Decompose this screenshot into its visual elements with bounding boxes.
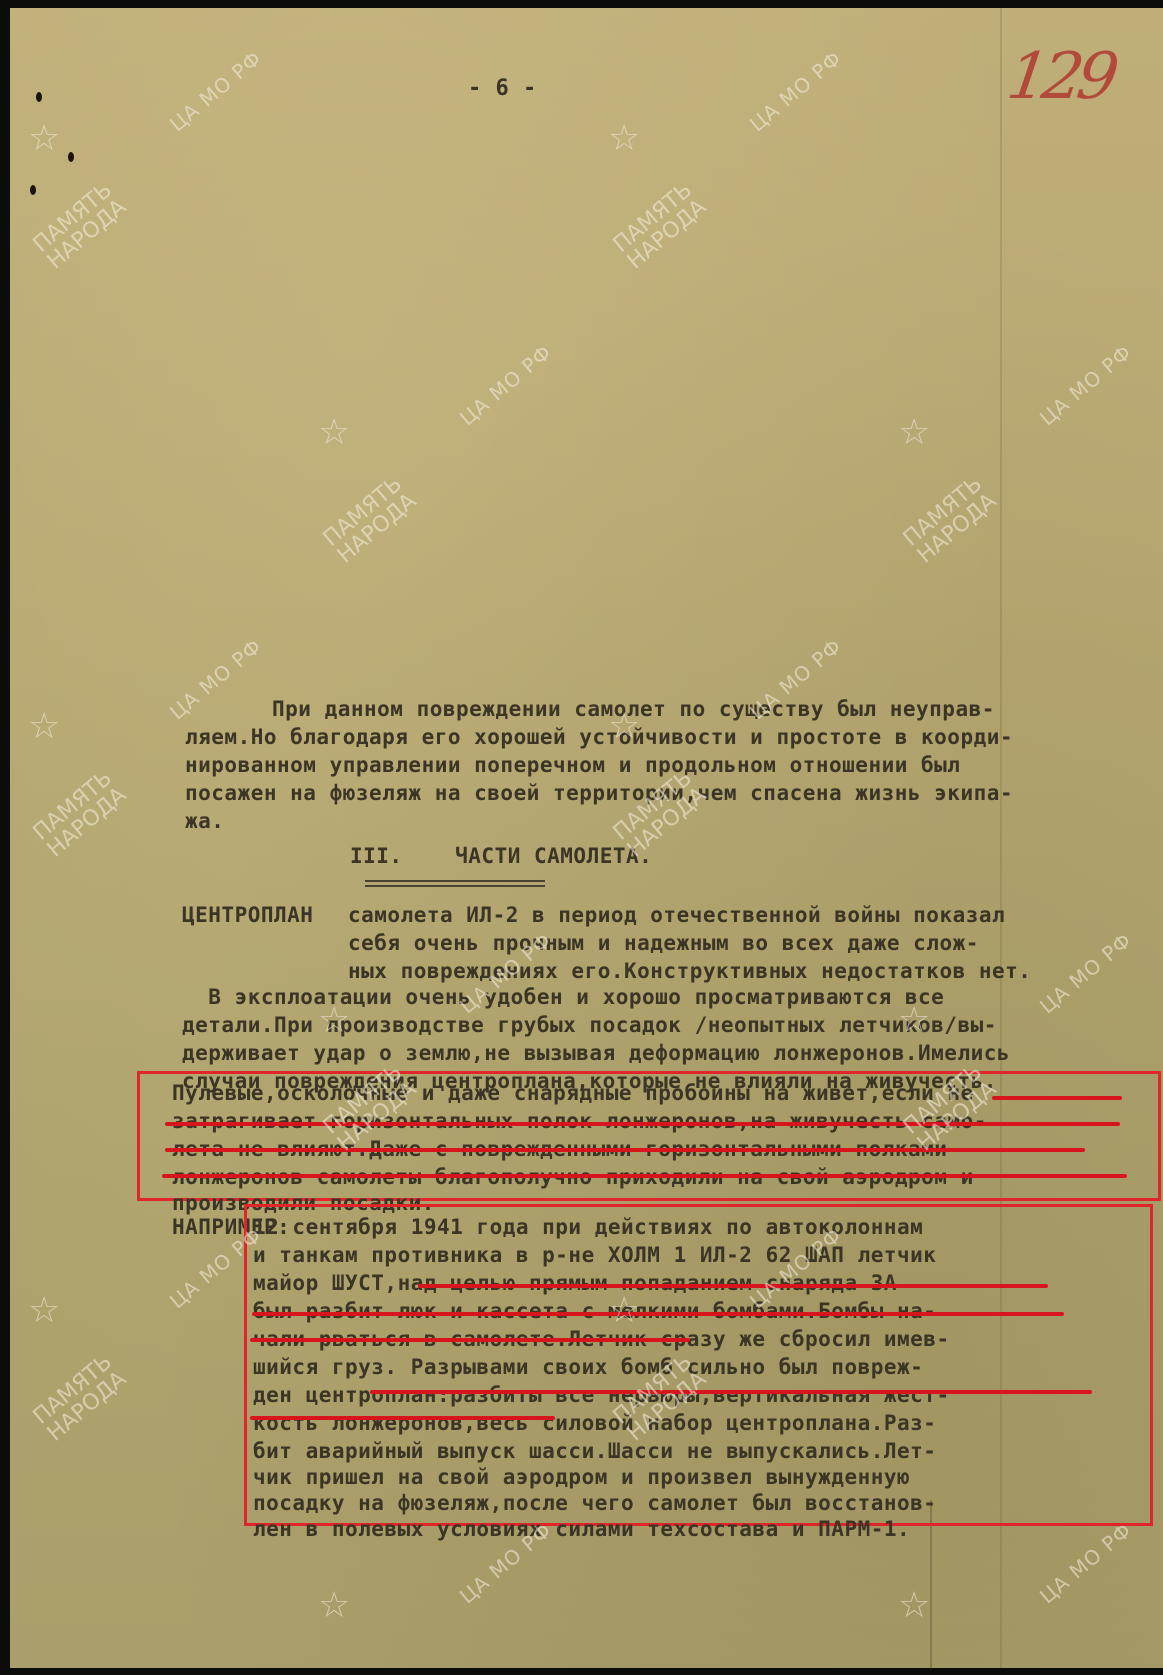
red-underline bbox=[162, 1174, 1127, 1178]
star-icon: ☆ bbox=[28, 706, 60, 747]
text-line: себя очень прочным и надежным во всех да… bbox=[348, 930, 979, 956]
star-icon: ☆ bbox=[318, 1000, 350, 1041]
text-line: чик пришел на свой аэродром и произвел в… bbox=[253, 1464, 910, 1490]
red-underline bbox=[250, 1416, 555, 1420]
text-line: жа. bbox=[185, 808, 224, 834]
archive-folio-number: 129 bbox=[1003, 40, 1118, 114]
text-line: посажен на фюзеляж на своей территории,ч… bbox=[185, 780, 1013, 806]
text-line: посадку на фюзеляж,после чего самолет бы… bbox=[253, 1490, 936, 1516]
section-heading: III. ЧАСТИ САМОЛЕТА. bbox=[350, 844, 652, 868]
red-underline bbox=[165, 1122, 1120, 1126]
red-underline bbox=[370, 1390, 1092, 1394]
heading-underline bbox=[365, 880, 545, 882]
red-underline bbox=[252, 1312, 1064, 1316]
binding-hole bbox=[30, 185, 36, 195]
text-line: Пулевые,осколочные и даже снарядные проб… bbox=[172, 1080, 974, 1106]
text-line: В эксплоатации очень удобен и хорошо про… bbox=[182, 984, 944, 1010]
text-line: лен в полевых условиях силами техсостава… bbox=[253, 1516, 910, 1542]
star-icon: ☆ bbox=[898, 1585, 930, 1626]
red-underline bbox=[250, 1338, 690, 1342]
star-icon: ☆ bbox=[28, 118, 60, 159]
text-line: ляем.Но благодаря его хорошей устойчивос… bbox=[185, 724, 1013, 750]
text-line: нированном управлении поперечном и продо… bbox=[185, 752, 960, 778]
star-icon: ☆ bbox=[318, 1585, 350, 1626]
text-line: затрагивает горизонтальных полок лонжеро… bbox=[172, 1108, 987, 1134]
red-underline bbox=[418, 1284, 1048, 1288]
text-line: держивает удар о землю,не вызывая деформ… bbox=[182, 1040, 1010, 1066]
star-icon: ☆ bbox=[608, 706, 640, 747]
text-line: и танкам противника в р-не ХОЛМ 1 ИЛ-2 6… bbox=[253, 1242, 936, 1268]
text-line: майор ШУСТ,над целью прямым попаданием с… bbox=[253, 1270, 897, 1296]
text-line: был разбит люк и кассета с мелкими бомба… bbox=[253, 1298, 936, 1324]
red-underline bbox=[992, 1096, 1122, 1100]
text-line: самолета ИЛ-2 в период отечественной вой… bbox=[348, 902, 1005, 928]
binding-hole bbox=[68, 152, 74, 162]
centroplan-label: ЦЕНТРОПЛАН bbox=[182, 902, 313, 928]
binding-hole bbox=[36, 92, 42, 102]
star-icon: ☆ bbox=[608, 1290, 640, 1331]
text-line: детали.При производстве грубых посадок /… bbox=[182, 1012, 997, 1038]
text-line: 12 сентября 1941 года при действиях по а… bbox=[253, 1214, 923, 1240]
star-icon: ☆ bbox=[28, 1290, 60, 1331]
text-line: шийся груз. Разрывами своих бомб сильно … bbox=[253, 1354, 923, 1380]
text-line: кость лонжеронов,весь силовой набор цент… bbox=[253, 1410, 936, 1436]
star-icon: ☆ bbox=[898, 1000, 930, 1041]
red-underline bbox=[165, 1148, 1085, 1152]
star-icon: ☆ bbox=[608, 118, 640, 159]
heading-underline bbox=[365, 885, 545, 887]
star-icon: ☆ bbox=[898, 412, 930, 453]
star-icon: ☆ bbox=[318, 412, 350, 453]
text-line: бит аварийный выпуск шасси.Шасси не выпу… bbox=[253, 1438, 936, 1464]
text-line: ных повреждениях его.Конструктивных недо… bbox=[348, 958, 1031, 984]
text-line: ден центроплан:разбиты все нервюры,верти… bbox=[253, 1382, 950, 1408]
page-number: - 6 - bbox=[468, 76, 537, 101]
